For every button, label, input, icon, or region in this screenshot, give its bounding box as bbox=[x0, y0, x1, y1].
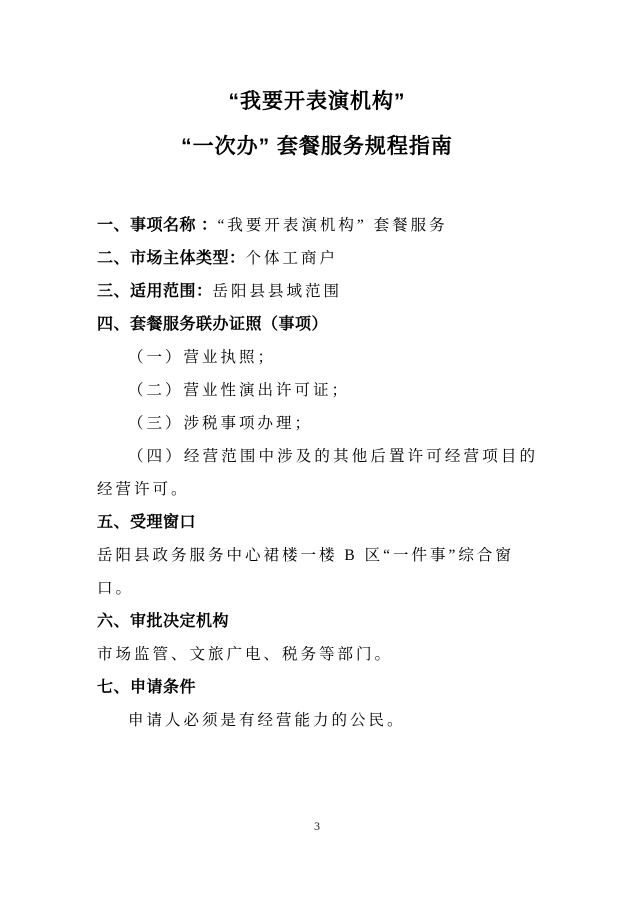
section-4-list-item: （二）营业性演出许可证； bbox=[97, 374, 538, 407]
section-7-heading: 七、申请条件 bbox=[97, 671, 538, 704]
section-3-label: 三、适用范围： bbox=[97, 283, 213, 300]
section-5-body: 岳阳县政务服务中心裙楼一楼 B 区“一件事”综合窗口。 bbox=[97, 539, 538, 605]
section-7-body: 申请人必须是有经营能力的公民。 bbox=[97, 704, 538, 737]
section-1-label: 一、事项名称 ： bbox=[97, 217, 217, 234]
section-4-list-item: （三）涉税事项办理； bbox=[97, 407, 538, 440]
section-6-body: 市场监管、文旅广电、税务等部门。 bbox=[97, 638, 538, 671]
doc-title-line2: “一次办” 套餐服务规程指南 bbox=[0, 132, 634, 162]
section-2-label: 二、市场主体类型： bbox=[97, 250, 246, 267]
section-2-value: 个体工商户 bbox=[246, 250, 339, 267]
section-1-value: “我要开表演机构” 套餐服务 bbox=[217, 217, 447, 234]
section-7-label: 七、申请条件 bbox=[97, 679, 196, 696]
section-5-label: 五、受理窗口 bbox=[97, 514, 196, 531]
document-page: “我要开表演机构” “一次办” 套餐服务规程指南 一、事项名称 ：“我要开表演机… bbox=[0, 0, 634, 898]
section-4-label: 四、套餐服务联办证照（事项） bbox=[97, 316, 328, 333]
doc-title-line1: “我要开表演机构” bbox=[0, 87, 634, 117]
section-1-item-name: 一、事项名称 ：“我要开表演机构” 套餐服务 bbox=[97, 209, 538, 242]
section-6-label: 六、审批决定机构 bbox=[97, 613, 229, 630]
doc-body: 一、事项名称 ：“我要开表演机构” 套餐服务 二、市场主体类型：个体工商户 三、… bbox=[97, 209, 538, 737]
section-3-value: 岳阳县县域范围 bbox=[213, 283, 343, 300]
section-5-heading: 五、受理窗口 bbox=[97, 506, 538, 539]
section-4-heading: 四、套餐服务联办证照（事项） bbox=[97, 308, 538, 341]
section-4-list-item: （四）经营范围中涉及的其他后置许可经营项目的经营许可。 bbox=[97, 440, 538, 506]
section-2-entity-type: 二、市场主体类型：个体工商户 bbox=[97, 242, 538, 275]
page-number: 3 bbox=[0, 819, 634, 833]
section-6-heading: 六、审批决定机构 bbox=[97, 605, 538, 638]
section-3-scope: 三、适用范围：岳阳县县域范围 bbox=[97, 275, 538, 308]
section-4-list-item: （一）营业执照； bbox=[97, 341, 538, 374]
